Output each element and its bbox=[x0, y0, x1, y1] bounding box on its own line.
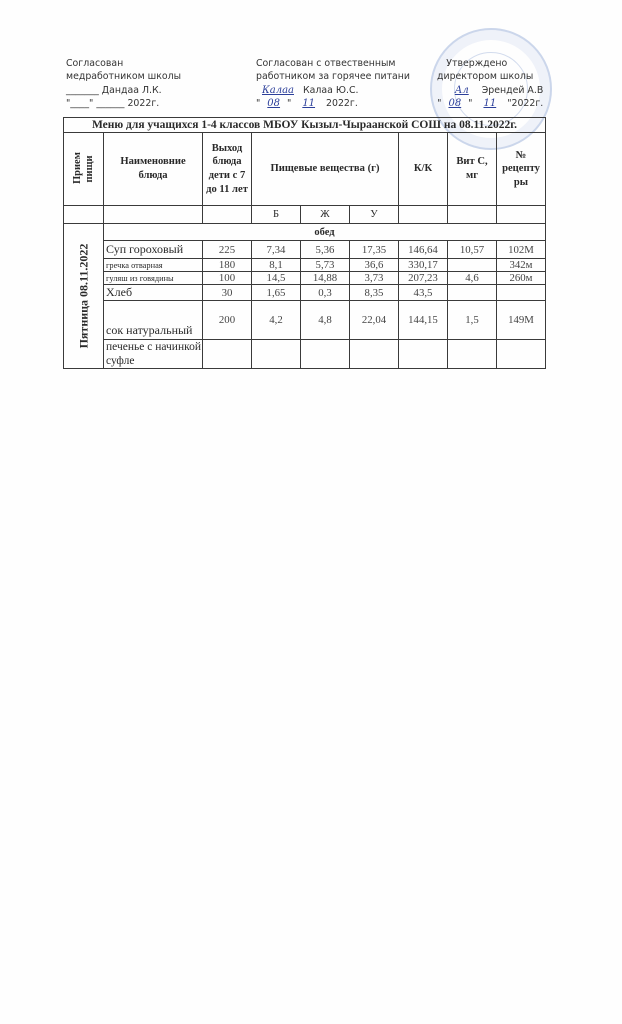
subheader-empty bbox=[399, 206, 448, 224]
signer-name: Эрендей А.В bbox=[482, 85, 544, 96]
table-row: гречка отварная 180 8,1 5,73 36,6 330,17… bbox=[64, 259, 546, 272]
approval-label: Согласован с отвественным bbox=[256, 57, 410, 70]
dish-kcal: 144,15 bbox=[399, 301, 448, 340]
header-meal-text: Прием пищи bbox=[72, 154, 96, 184]
approval-label: Согласован bbox=[66, 57, 181, 70]
dish-protein: 7,34 bbox=[252, 241, 301, 259]
dish-output: 225 bbox=[203, 241, 252, 259]
dish-fat bbox=[301, 340, 350, 369]
dish-output: 30 bbox=[203, 285, 252, 301]
dish-recipe: 102М bbox=[497, 241, 546, 259]
approval-year: "2022г. bbox=[507, 98, 543, 109]
handwritten-signature: Калаа bbox=[256, 85, 300, 96]
dish-carbs: 22,04 bbox=[350, 301, 399, 340]
subheader-fat: Ж bbox=[301, 206, 350, 224]
dish-kcal: 146,64 bbox=[399, 241, 448, 259]
dish-vitc bbox=[448, 259, 497, 272]
dish-recipe: 260м bbox=[497, 272, 546, 285]
dish-kcal: 207,23 bbox=[399, 272, 448, 285]
menu-table: Меню для учащихся 1-4 классов МБОУ Кызыл… bbox=[63, 117, 546, 369]
dish-carbs: 3,73 bbox=[350, 272, 399, 285]
dish-carbs: 17,35 bbox=[350, 241, 399, 259]
dish-name: гречка отварная bbox=[104, 259, 203, 272]
dish-kcal bbox=[399, 340, 448, 369]
dish-vitc bbox=[448, 285, 497, 301]
subheader-empty bbox=[104, 206, 203, 224]
dish-vitc: 4,6 bbox=[448, 272, 497, 285]
dish-fat: 5,73 bbox=[301, 259, 350, 272]
subheader-empty bbox=[203, 206, 252, 224]
approval-block-director: Утверждено директором школы Ал Эрендей А… bbox=[437, 57, 543, 111]
dish-recipe bbox=[497, 340, 546, 369]
approval-day: 08 bbox=[444, 98, 465, 109]
dish-protein bbox=[252, 340, 301, 369]
header-nutrients: Пищевые вещества (г) bbox=[252, 133, 399, 206]
day-label-cell: Пятница 08.11.2022 bbox=[64, 224, 104, 369]
subheader-empty bbox=[64, 206, 104, 224]
dish-output bbox=[203, 340, 252, 369]
subheader-carbs: У bbox=[350, 206, 399, 224]
approval-label: Утверждено bbox=[437, 57, 543, 70]
header-output-text: Выход блюда дети с 7 до 11 лет bbox=[203, 142, 251, 196]
table-row: сок натуральный 200 4,2 4,8 22,04 144,15… bbox=[64, 301, 546, 340]
subheader-empty bbox=[497, 206, 546, 224]
header-output: Выход блюда дети с 7 до 11 лет bbox=[203, 133, 252, 206]
subheader-protein: Б bbox=[252, 206, 301, 224]
signature-line: _______ bbox=[66, 85, 99, 96]
approval-role: работником за горячее питани bbox=[256, 70, 410, 83]
dish-fat: 4,8 bbox=[301, 301, 350, 340]
dish-protein: 4,2 bbox=[252, 301, 301, 340]
dish-carbs: 36,6 bbox=[350, 259, 399, 272]
dish-recipe: 342м bbox=[497, 259, 546, 272]
dish-output: 180 bbox=[203, 259, 252, 272]
dish-carbs: 8,35 bbox=[350, 285, 399, 301]
approval-year: 2022г. bbox=[326, 98, 358, 109]
meal-section-lunch: обед bbox=[104, 224, 546, 241]
dish-protein: 1,65 bbox=[252, 285, 301, 301]
header-vitc-text: Вит С, мг bbox=[448, 155, 496, 182]
table-row: гуляш из говядины 100 14,5 14,88 3,73 20… bbox=[64, 272, 546, 285]
dish-fat: 0,3 bbox=[301, 285, 350, 301]
approval-block-medical: Согласован медработником школы _______ Д… bbox=[66, 57, 181, 111]
table-row: Хлеб 30 1,65 0,3 8,35 43,5 bbox=[64, 285, 546, 301]
dish-fat: 14,88 bbox=[301, 272, 350, 285]
dish-protein: 14,5 bbox=[252, 272, 301, 285]
approval-block-food-service: Согласован с отвественным работником за … bbox=[256, 57, 410, 111]
date-blanks: "____" ______ bbox=[66, 98, 127, 109]
dish-name: печенье с начинкой суфле bbox=[104, 340, 203, 369]
table-row: печенье с начинкой суфле bbox=[64, 340, 546, 369]
dish-vitc bbox=[448, 340, 497, 369]
signer-name: Калаа Ю.С. bbox=[303, 85, 359, 96]
table-row: Суп гороховый 225 7,34 5,36 17,35 146,64… bbox=[64, 241, 546, 259]
dish-fat: 5,36 bbox=[301, 241, 350, 259]
dish-output: 200 bbox=[203, 301, 252, 340]
approval-day: 08 bbox=[263, 98, 284, 109]
dish-kcal: 43,5 bbox=[399, 285, 448, 301]
dish-name: сок натуральный bbox=[104, 301, 203, 340]
approval-month: 11 bbox=[475, 98, 504, 109]
dish-recipe bbox=[497, 285, 546, 301]
dish-vitc: 10,57 bbox=[448, 241, 497, 259]
header-dish-text: Наименовние блюда bbox=[104, 155, 202, 182]
handwritten-signature: Ал bbox=[445, 85, 479, 96]
dish-vitc: 1,5 bbox=[448, 301, 497, 340]
header-recipe: № рецепту ры bbox=[497, 133, 546, 206]
dish-output: 100 bbox=[203, 272, 252, 285]
day-label: Пятница 08.11.2022 bbox=[76, 244, 91, 349]
approval-role: директором школы bbox=[437, 70, 543, 83]
dish-carbs bbox=[350, 340, 399, 369]
subheader-empty bbox=[448, 206, 497, 224]
dish-name: Хлеб bbox=[104, 285, 203, 301]
header-recipe-text: № рецепту ры bbox=[497, 149, 545, 190]
approval-role: медработником школы bbox=[66, 70, 181, 83]
dish-recipe: 149М bbox=[497, 301, 546, 340]
dish-name: Суп гороховый bbox=[104, 241, 203, 259]
signer-name: Дандаа Л.К. bbox=[102, 85, 162, 96]
header-vitc: Вит С, мг bbox=[448, 133, 497, 206]
dish-kcal: 330,17 bbox=[399, 259, 448, 272]
dish-protein: 8,1 bbox=[252, 259, 301, 272]
approval-year: 2022г. bbox=[127, 98, 159, 109]
approval-month: 11 bbox=[294, 98, 323, 109]
header-meal: Прием пищи bbox=[64, 133, 104, 206]
dish-name: гуляш из говядины bbox=[104, 272, 203, 285]
header-dish: Наименовние блюда bbox=[104, 133, 203, 206]
menu-title: Меню для учащихся 1-4 классов МБОУ Кызыл… bbox=[64, 118, 546, 133]
header-kcal: К/К bbox=[399, 133, 448, 206]
